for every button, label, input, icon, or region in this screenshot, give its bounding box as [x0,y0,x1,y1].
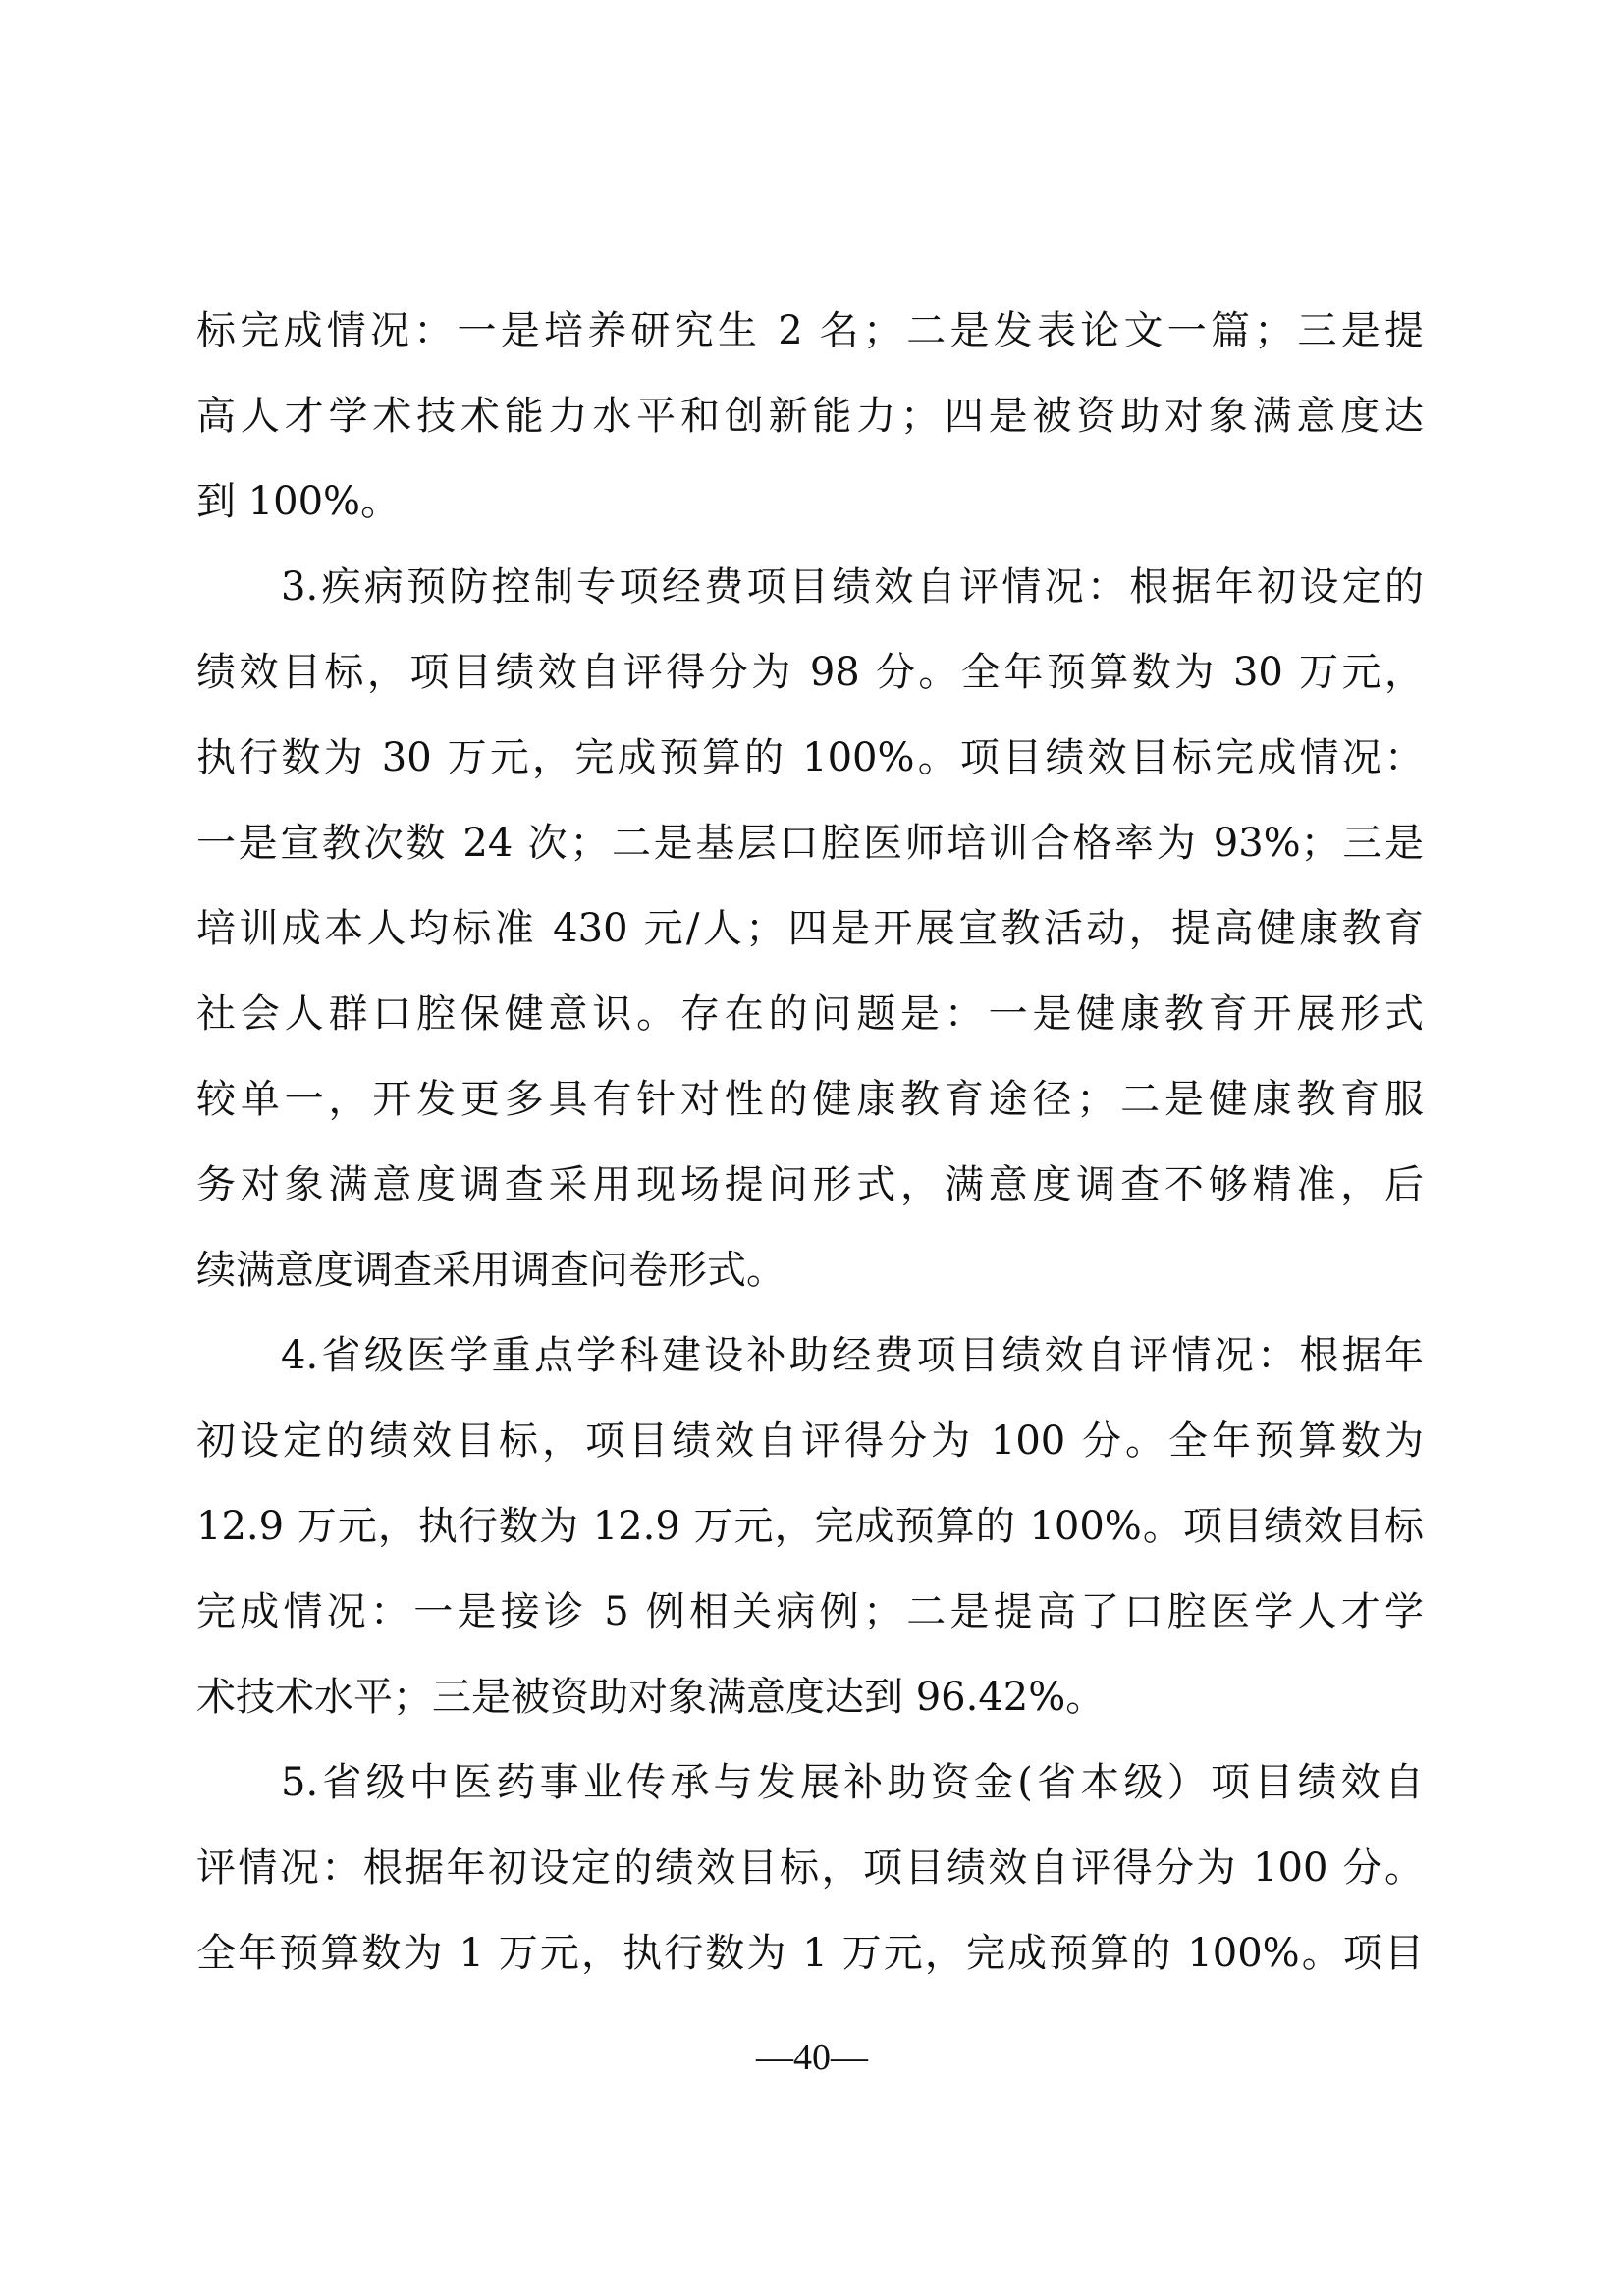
text-line: 社会人群口腔保健意识。存在的问题是：一是健康教育开展形式 [196,972,1424,1057]
text-line: 3.疾病预防控制专项经费项目绩效自评情况：根据年初设定的 [196,545,1424,630]
paragraph-item-3-disease-prevention: 3.疾病预防控制专项经费项目绩效自评情况：根据年初设定的 绩效目标，项目绩效自评… [196,545,1424,1313]
text-line: 续满意度调查采用调查问卷形式。 [196,1228,1424,1313]
text-line: 一是宣教次数 24 次；二是基层口腔医师培训合格率为 93%；三是 [196,801,1424,886]
text-line: 较单一，开发更多具有针对性的健康教育途径；二是健康教育服 [196,1057,1424,1143]
text-line: 12.9 万元，执行数为 12.9 万元，完成预算的 100%。项目绩效目标 [196,1484,1424,1570]
text-line: 初设定的绩效目标，项目绩效自评得分为 100 分。全年预算数为 [196,1399,1424,1484]
text-line: 5.省级中医药事业传承与发展补助资金(省本级）项目绩效自 [196,1740,1424,1826]
text-line: 4.省级医学重点学科建设补助经费项目绩效自评情况：根据年 [196,1313,1424,1399]
text-line: 术技术水平；三是被资助对象满意度达到 96.42%。 [196,1655,1424,1740]
paragraph-item-2-continuation: 标完成情况：一是培养研究生 2 名；二是发表论文一篇；三是提 高人才学术技术能力… [196,289,1424,545]
text-line: 到 100%。 [196,459,1424,545]
text-line: 绩效目标，项目绩效自评得分为 98 分。全年预算数为 30 万元， [196,630,1424,716]
page-number: —40— [0,2028,1624,2087]
document-page: 标完成情况：一是培养研究生 2 名；二是发表论文一篇；三是提 高人才学术技术能力… [0,0,1624,2296]
paragraph-item-4-key-discipline: 4.省级医学重点学科建设补助经费项目绩效自评情况：根据年 初设定的绩效目标，项目… [196,1313,1424,1740]
text-line: 评情况：根据年初设定的绩效目标，项目绩效自评得分为 100 分。 [196,1826,1424,1911]
body-text: 标完成情况：一是培养研究生 2 名；二是发表论文一篇；三是提 高人才学术技术能力… [196,289,1424,1997]
text-line: 标完成情况：一是培养研究生 2 名；二是发表论文一篇；三是提 [196,289,1424,374]
text-line: 执行数为 30 万元，完成预算的 100%。项目绩效目标完成情况： [196,716,1424,801]
text-line: 全年预算数为 1 万元，执行数为 1 万元，完成预算的 100%。项目 [196,1911,1424,1997]
text-line: 高人才学术技术能力水平和创新能力；四是被资助对象满意度达 [196,374,1424,459]
paragraph-item-5-tcm-subsidy: 5.省级中医药事业传承与发展补助资金(省本级）项目绩效自 评情况：根据年初设定的… [196,1740,1424,1997]
text-line: 务对象满意度调查采用现场提问形式，满意度调查不够精准，后 [196,1143,1424,1228]
text-line: 培训成本人均标准 430 元/人；四是开展宣教活动，提高健康教育 [196,886,1424,972]
text-line: 完成情况：一是接诊 5 例相关病例；二是提高了口腔医学人才学 [196,1570,1424,1655]
